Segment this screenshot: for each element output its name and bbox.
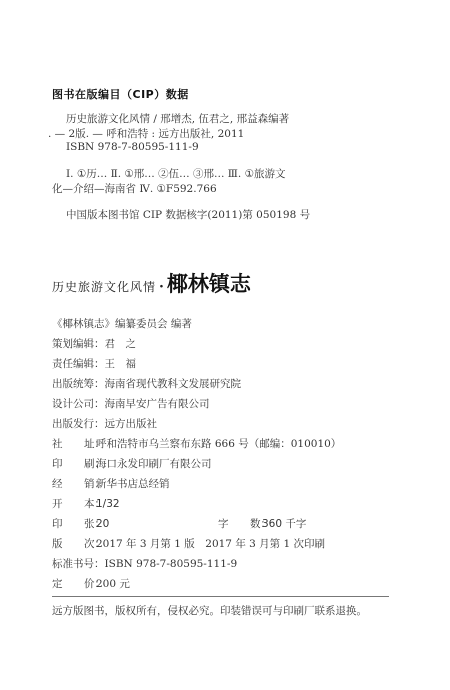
credit-label-char: 字 xyxy=(218,516,250,531)
title-separator: · xyxy=(159,279,164,295)
book-title-line: 历史旅游文化风情·椰林镇志 xyxy=(52,268,251,298)
credit-label-char: 社 xyxy=(52,436,84,451)
credit-label: 出版发行： xyxy=(52,418,105,430)
credit-label-char: 版 xyxy=(52,536,84,551)
book-title: 椰林镇志 xyxy=(167,272,251,296)
sheets-value: 20 xyxy=(96,518,218,530)
cip-line-classification: Ⅰ. ①历… Ⅱ. ①邢… ②伍… ③邢… Ⅲ. ①旅游文 xyxy=(66,166,286,181)
credit-label: 标准书号： xyxy=(52,558,105,570)
cip-line-verification: 中国版本图书馆 CIP 数据核字(2011)第 050198 号 xyxy=(66,207,310,222)
credit-label: 责任编辑： xyxy=(52,358,105,370)
credit-printer: 印刷：海口永发印刷厂有限公司 xyxy=(52,456,212,471)
credit-sheets-words: 印张：20字数：360 千字 xyxy=(52,516,306,531)
credit-isbn: 标准书号：ISBN 978-7-80595-111-9 xyxy=(52,556,237,571)
credit-label-char: 印 xyxy=(52,456,84,471)
credit-value: 1/32 xyxy=(96,498,120,510)
credit-address: 社址：呼和浩特市乌兰察布东路 666 号（邮编：010010） xyxy=(52,436,341,451)
credit-format: 开本：1/32 xyxy=(52,496,120,511)
credit-value: 呼和浩特市乌兰察布东路 666 号（邮编：010010） xyxy=(96,438,341,450)
credit-design-company: 设计公司：海南早安广告有限公司 xyxy=(52,396,210,411)
credit-label-char: 印 xyxy=(52,516,84,531)
word-count-unit: 千字 xyxy=(285,518,306,530)
word-count-value: 360 xyxy=(262,518,282,530)
credit-value: 远方出版社 xyxy=(105,418,158,430)
credit-value: 王 福 xyxy=(105,358,137,370)
credit-value: 海南早安广告有限公司 xyxy=(105,398,210,410)
credit-responsible-editor: 责任编辑：王 福 xyxy=(52,356,136,371)
credit-label: 设计公司： xyxy=(52,398,105,410)
copyright-page: 图书在版编目（CIP）数据 历史旅游文化风情 / 邢增杰, 伍君之, 邢益森编著… xyxy=(0,0,450,690)
credit-value: 200 元 xyxy=(96,578,130,590)
cip-line-isbn: ISBN 978-7-80595-111-9 xyxy=(66,141,199,153)
credit-label: 出版统筹： xyxy=(52,378,105,390)
divider-line xyxy=(52,596,389,597)
credit-label: 策划编辑： xyxy=(52,338,105,350)
copyright-notice: 远方版图书，版权所有，侵权必究。印装错误可与印刷厂联系退换。 xyxy=(52,603,367,618)
credit-publisher: 出版发行：远方出版社 xyxy=(52,416,157,431)
series-name: 历史旅游文化风情 xyxy=(52,280,156,294)
credit-edition: 版次：2017 年 3 月第 1 版 2017 年 3 月第 1 次印刷 xyxy=(52,536,325,551)
cip-line-title: 历史旅游文化风情 / 邢增杰, 伍君之, 邢益森编著 xyxy=(66,111,289,126)
credit-value: 海南省现代教科文发展研究院 xyxy=(105,378,242,390)
credit-label-char: 经 xyxy=(52,476,84,491)
credit-planning-editor: 策划编辑：君 之 xyxy=(52,336,136,351)
credit-value: 新华书店总经销 xyxy=(96,478,170,490)
credit-coordination: 出版统筹：海南省现代教科文发展研究院 xyxy=(52,376,241,391)
cip-line-classification-cont: 化—介绍—海南省 Ⅳ. ①F592.766 xyxy=(52,181,217,196)
credit-label-char: 开 xyxy=(52,496,84,511)
credit-value: 2017 年 3 月第 1 版 2017 年 3 月第 1 次印刷 xyxy=(96,538,325,550)
credit-distributor: 经销：新华书店总经销 xyxy=(52,476,170,491)
credit-label-char: 定 xyxy=(52,576,84,591)
credit-value: ISBN 978-7-80595-111-9 xyxy=(105,558,238,570)
cip-heading: 图书在版编目（CIP）数据 xyxy=(52,86,189,102)
credit-price: 定价：200 元 xyxy=(52,576,130,591)
credit-value: 海口永发印刷厂有限公司 xyxy=(96,458,212,470)
editor-line: 《椰林镇志》编纂委员会 编著 xyxy=(52,316,192,331)
credit-value: 君 之 xyxy=(105,338,137,350)
cip-line-edition: . — 2版. — 呼和浩特 : 远方出版社, 2011 xyxy=(48,126,244,141)
